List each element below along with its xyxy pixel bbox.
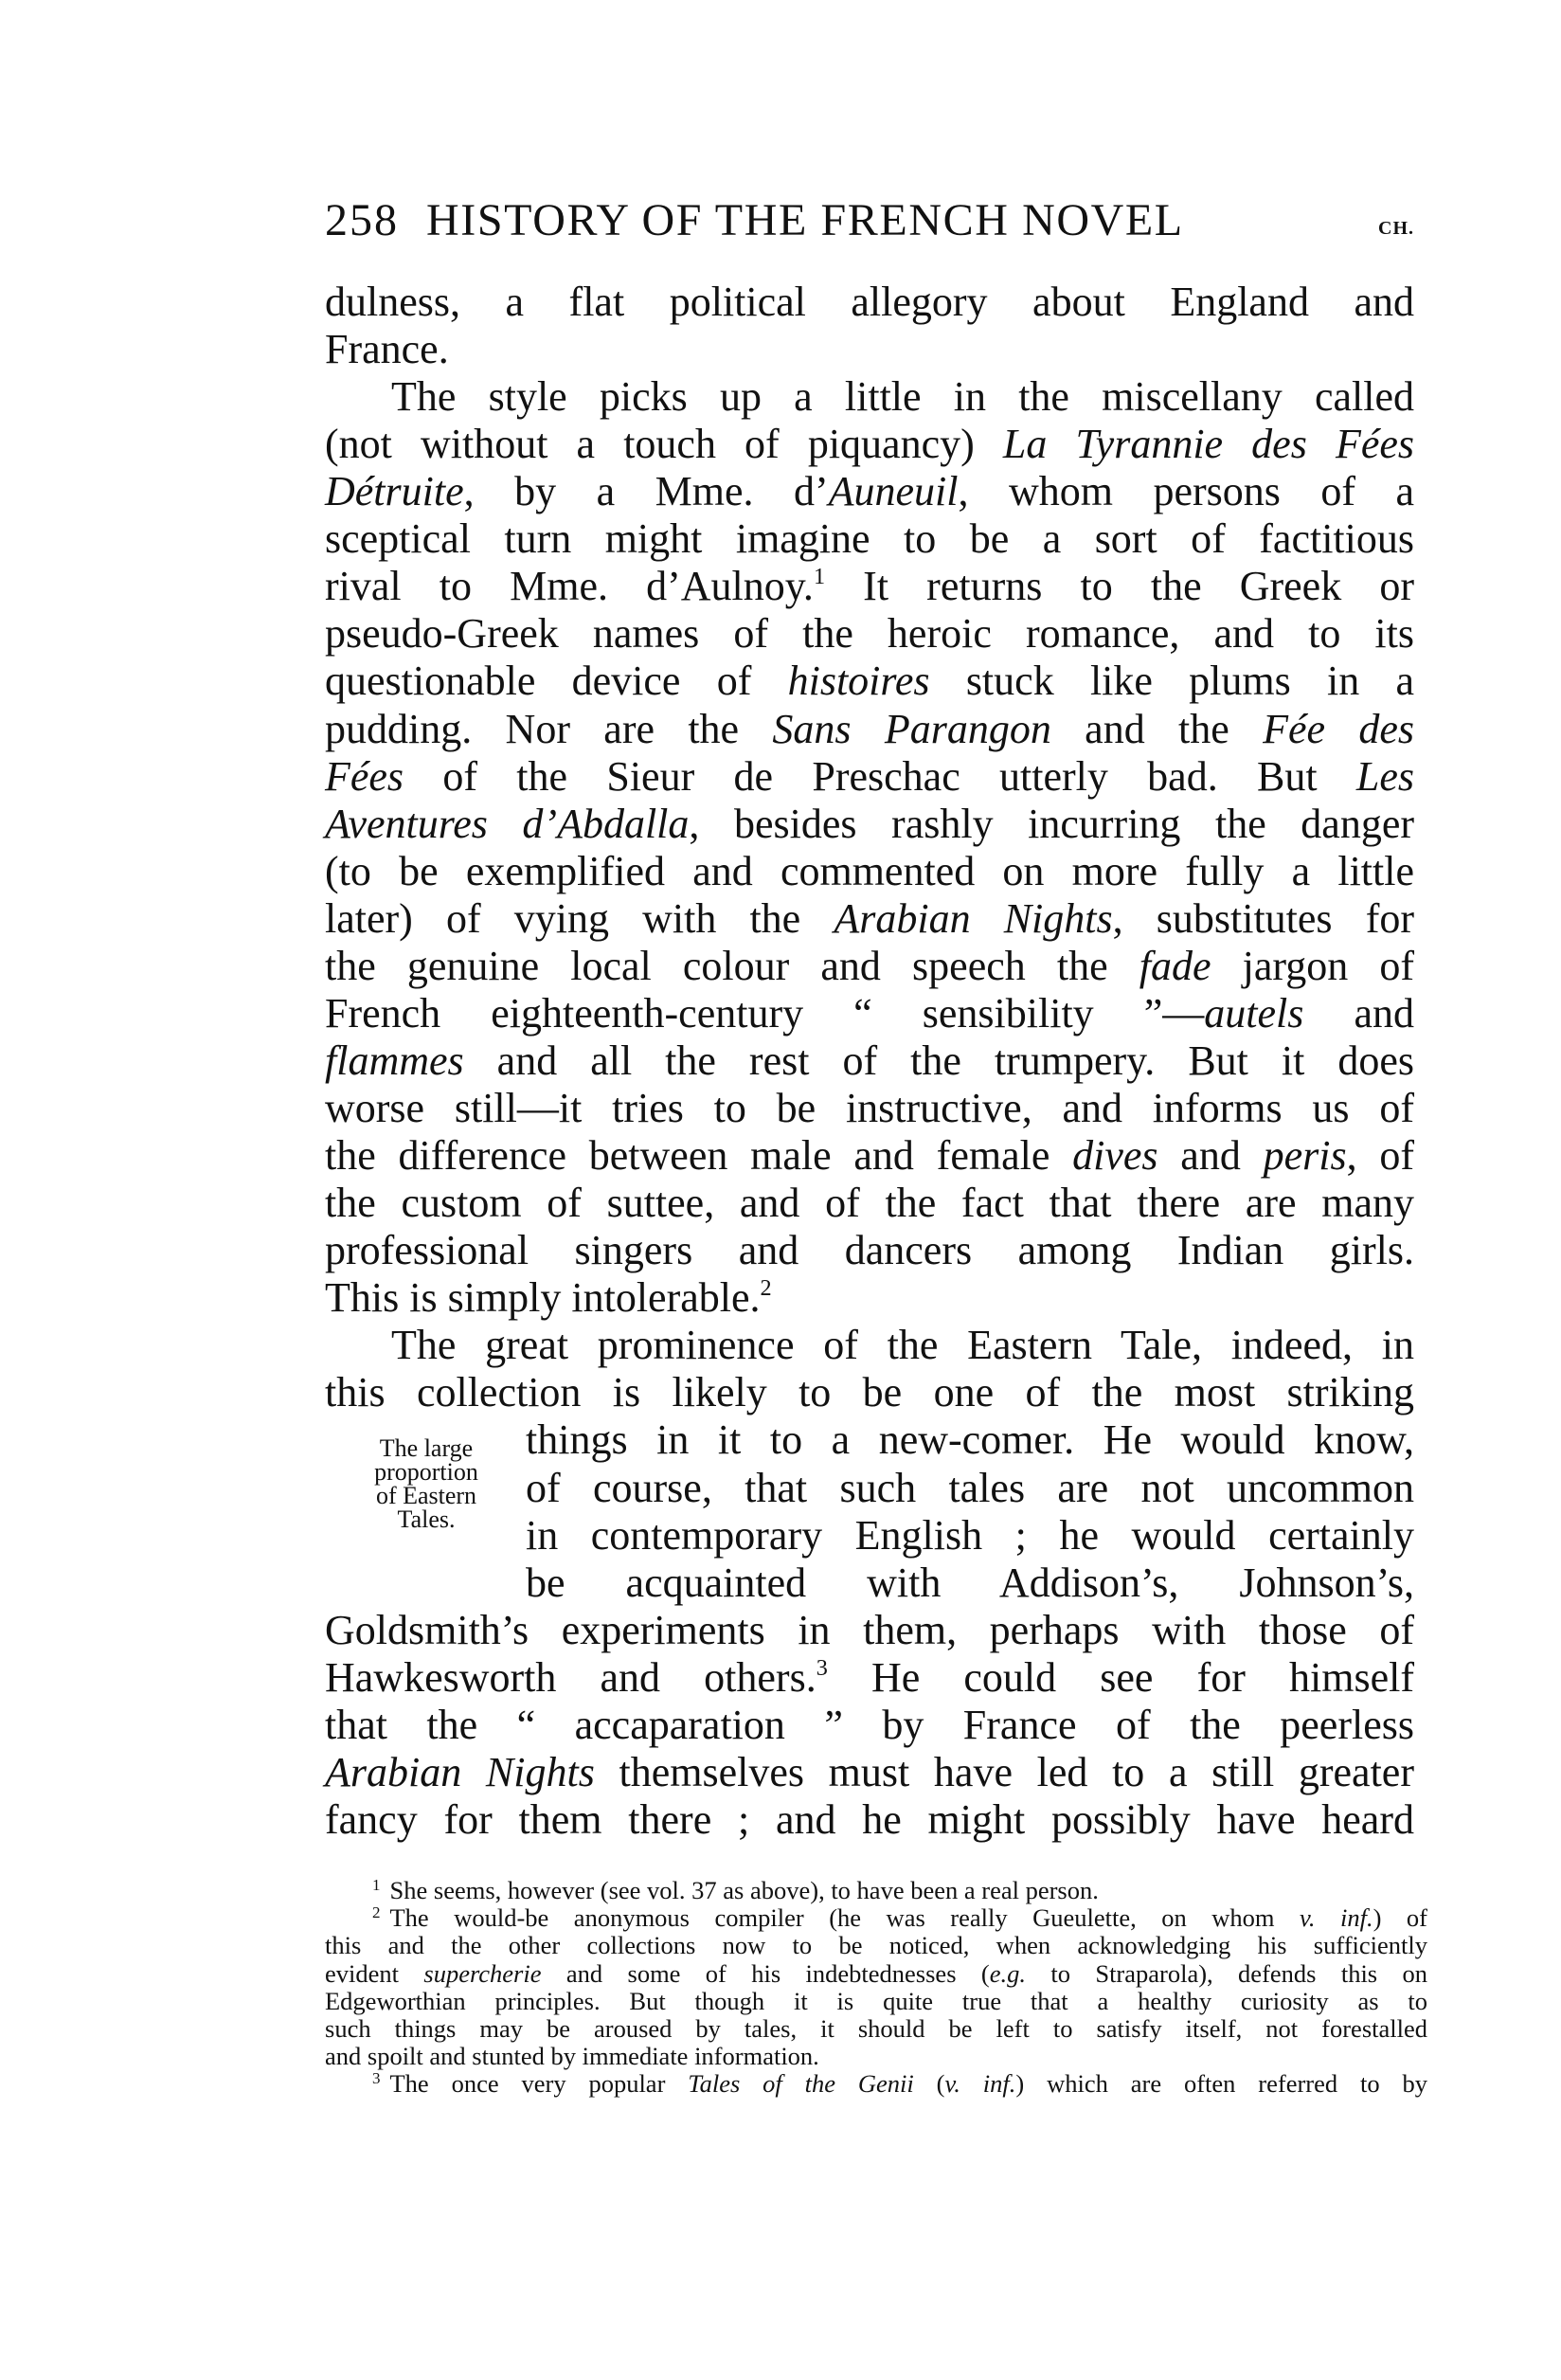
text-run: and all the rest of the trumpery. But it…	[464, 1037, 1414, 1084]
body-line: of course, that such tales are not uncom…	[526, 1465, 1414, 1512]
text-run: (not without a touch of piquancy)	[325, 421, 1003, 467]
italic-text: Les	[1356, 753, 1414, 800]
text-run: stuck like plums in a	[930, 658, 1414, 704]
italic-text: Fées	[325, 753, 404, 800]
italic-text: peris	[1264, 1132, 1347, 1179]
text-run: This is simply intolerable.	[325, 1274, 761, 1321]
body-line: rival to Mme. d’Aulnoy.1 It returns to t…	[325, 563, 1414, 610]
footnote-line: and spoilt and stunted by immediate info…	[325, 2043, 1427, 2070]
italic-text: Fée des	[1263, 706, 1414, 752]
text-run: pudding. Nor are the	[325, 706, 772, 752]
body-line: (not without a touch of piquancy) La Tyr…	[325, 421, 1414, 468]
italic-text: Arabian Nights	[325, 1749, 595, 1795]
text-run: Edgeworthian principles. But though it i…	[325, 1987, 1427, 2015]
footnote-reference: 3	[816, 1655, 828, 1681]
text-run: The great prominence of the Eastern Tale…	[391, 1322, 1414, 1368]
body-line: Aventures d’Abdalla, besides rashly incu…	[325, 801, 1414, 848]
body-line: be acquainted with Addison’s, Johnson’s,	[526, 1560, 1414, 1607]
text-run: (to be exemplified and commented on more…	[325, 848, 1414, 894]
book-page: 258 HISTORY OF THE FRENCH NOVEL CH. duln…	[0, 0, 1561, 2380]
text-run: , of	[1347, 1132, 1414, 1179]
footnote-line: evident supercherie and some of his inde…	[325, 1960, 1427, 1988]
text-run: the difference between male and female	[325, 1132, 1072, 1179]
text-run: such things may be aroused by tales, it …	[325, 2014, 1427, 2043]
text-run: that the “ accaparation ” by France of t…	[325, 1702, 1414, 1748]
italic-text: autels	[1204, 990, 1303, 1037]
body-line: Goldsmith’s experiments in them, perhaps…	[325, 1607, 1414, 1654]
running-head: 258 HISTORY OF THE FRENCH NOVEL CH.	[325, 194, 1414, 251]
text-run: evident	[325, 1959, 423, 1988]
text-run: ) of	[1373, 1903, 1427, 1932]
body-line: France.	[325, 326, 1414, 373]
marginal-sidenote: The large proportion of Eastern Tales.	[343, 1436, 510, 1531]
sidenote-line: Tales.	[343, 1507, 510, 1531]
text-run: French eighteenth-century “ sensibility …	[325, 990, 1204, 1037]
text-run: The style picks up a little in the misce…	[391, 373, 1414, 420]
chapter-abbrev: CH.	[1378, 209, 1414, 247]
body-line: Arabian Nights themselves must have led …	[325, 1749, 1414, 1796]
body-line: (to be exemplified and commented on more…	[325, 848, 1414, 895]
running-title: HISTORY OF THE FRENCH NOVEL	[426, 194, 1184, 247]
italic-text: histoires	[788, 658, 930, 704]
footnote-number: 3	[372, 2069, 381, 2087]
footnote-number: 2	[372, 1903, 381, 1921]
body-line: Fées of the Sieur de Preschac utterly ba…	[325, 753, 1414, 801]
italic-text: supercherie	[423, 1959, 541, 1988]
text-run: (	[914, 2069, 945, 2098]
text-run: this and the other collections now to be…	[325, 1931, 1427, 1959]
text-run: and	[1303, 990, 1414, 1037]
body-line: This is simply intolerable.2	[325, 1274, 1414, 1322]
footnote-line: such things may be aroused by tales, it …	[325, 2015, 1427, 2043]
body-line: that the “ accaparation ” by France of t…	[325, 1702, 1414, 1749]
italic-text: Tales of the Genii	[688, 2069, 914, 2098]
body-line: the custom of suttee, and of the fact th…	[325, 1180, 1414, 1227]
body-line: later) of vying with the Arabian Nights,…	[325, 895, 1414, 943]
text-run: It returns to the Greek or	[825, 563, 1414, 609]
text-run: questionable device of	[325, 658, 788, 704]
footnote-start: 2The would-be anonymous compiler (he was…	[372, 1904, 1427, 1932]
sidenote-line: proportion	[343, 1460, 510, 1484]
italic-text: flammes	[325, 1037, 464, 1084]
text-run: , besides rashly incurring the danger	[689, 801, 1414, 847]
text-run: things in it to a new-comer. He would kn…	[526, 1416, 1414, 1463]
body-line: the genuine local colour and speech the …	[325, 943, 1414, 990]
body-line: dulness, a flat political allegory about…	[325, 279, 1414, 326]
italic-text: Aventures d’Abdalla	[325, 801, 689, 847]
body-line: pudding. Nor are the Sans Parangon and t…	[325, 706, 1414, 753]
body-line: pseudo-Greek names of the heroic romance…	[325, 610, 1414, 658]
text-run: themselves must have led to a still grea…	[595, 1749, 1414, 1795]
text-run: in contemporary English ; he would certa…	[526, 1512, 1414, 1559]
text-run: pseudo-Greek names of the heroic romance…	[325, 610, 1414, 657]
text-run: Goldsmith’s experiments in them, perhaps…	[325, 1607, 1414, 1653]
text-run: of the Sieur de Preschac utterly bad. Bu…	[404, 753, 1356, 800]
text-run: of course, that such tales are not uncom…	[526, 1465, 1414, 1511]
text-run: professional singers and dancers among I…	[325, 1227, 1414, 1273]
footnote-start: 3The once very popular Tales of the Geni…	[372, 2070, 1427, 2098]
text-run: fancy for them there ; and he might poss…	[325, 1796, 1414, 1843]
text-run: and spoilt and stunted by immediate info…	[325, 2042, 819, 2070]
text-run: Hawkesworth and others.	[325, 1654, 816, 1701]
body-line: worse still—it tries to be instructive, …	[325, 1085, 1414, 1132]
text-run: and the	[1051, 706, 1263, 752]
body-line: The style picks up a little in the misce…	[391, 373, 1414, 421]
body-line: Détruite, by a Mme. d’Auneuil, whom pers…	[325, 468, 1414, 515]
italic-text: Sans Parangon	[772, 706, 1050, 752]
footnote-reference: 1	[814, 564, 825, 589]
body-line: this collection is likely to be one of t…	[325, 1369, 1414, 1416]
footnote-reference: 2	[761, 1275, 772, 1301]
text-run: dulness, a flat political allegory about…	[325, 279, 1414, 325]
italic-text: fade	[1139, 943, 1211, 989]
text-run: She seems, however (see vol. 37 as above…	[390, 1876, 1099, 1904]
text-run: the genuine local colour and speech the	[325, 943, 1139, 989]
italic-text: v. inf.	[944, 2069, 1015, 2098]
text-run: , whom persons of a	[958, 468, 1414, 514]
text-run: , substitutes for	[1113, 895, 1414, 942]
italic-text: La Tyrannie des Fées	[1003, 421, 1414, 467]
text-run: He could see for himself	[828, 1654, 1414, 1701]
text-run: this collection is likely to be one of t…	[325, 1369, 1414, 1415]
italic-text: Auneuil	[829, 468, 959, 514]
text-run: France.	[325, 326, 449, 372]
text-run: The once very popular	[390, 2069, 689, 2098]
text-run: be acquainted with Addison’s, Johnson’s,	[526, 1560, 1414, 1606]
footnote-line: Edgeworthian principles. But though it i…	[325, 1988, 1427, 2015]
footnote-line: this and the other collections now to be…	[325, 1932, 1427, 1959]
italic-text: e.g.	[990, 1959, 1026, 1988]
text-run: and some of his indebtednesses (	[542, 1959, 990, 1988]
body-line: The great prominence of the Eastern Tale…	[391, 1322, 1414, 1369]
body-line: sceptical turn might imagine to be a sor…	[325, 515, 1414, 563]
text-run: the custom of suttee, and of the fact th…	[325, 1180, 1414, 1226]
page-number: 258	[325, 194, 399, 247]
italic-text: Arabian Nights	[834, 895, 1112, 942]
text-run: later) of vying with the	[325, 895, 834, 942]
text-run: and	[1158, 1132, 1264, 1179]
text-run: sceptical turn might imagine to be a sor…	[325, 515, 1414, 562]
body-line: things in it to a new-comer. He would kn…	[526, 1416, 1414, 1464]
body-line: the difference between male and female d…	[325, 1132, 1414, 1180]
text-run: ) which are often referred to by	[1015, 2069, 1427, 2098]
sidenote-line: of Eastern	[343, 1484, 510, 1507]
text-run: to Straparola), defends this on	[1026, 1959, 1427, 1988]
body-line: French eighteenth-century “ sensibility …	[325, 990, 1414, 1037]
italic-text: Détruite	[325, 468, 464, 514]
body-line: questionable device of histoires stuck l…	[325, 658, 1414, 705]
sidenote-line: The large	[343, 1436, 510, 1460]
body-line: fancy for them there ; and he might poss…	[325, 1796, 1414, 1844]
text-run: jargon of	[1211, 943, 1415, 989]
italic-text: v. inf.	[1300, 1903, 1373, 1932]
footnote-number: 1	[372, 1876, 381, 1894]
text-run: , by a Mme. d’	[464, 468, 829, 514]
text-run: rival to Mme. d’Aulnoy.	[325, 563, 814, 609]
text-run: The would-be anonymous compiler (he was …	[390, 1903, 1301, 1932]
body-line: professional singers and dancers among I…	[325, 1227, 1414, 1274]
body-line: in contemporary English ; he would certa…	[526, 1512, 1414, 1560]
text-run: worse still—it tries to be instructive, …	[325, 1085, 1414, 1131]
body-line: flammes and all the rest of the trumpery…	[325, 1037, 1414, 1085]
body-line: Hawkesworth and others.3 He could see fo…	[325, 1654, 1414, 1702]
italic-text: dives	[1072, 1132, 1157, 1179]
footnote-start: 1She seems, however (see vol. 37 as abov…	[372, 1877, 1427, 1904]
